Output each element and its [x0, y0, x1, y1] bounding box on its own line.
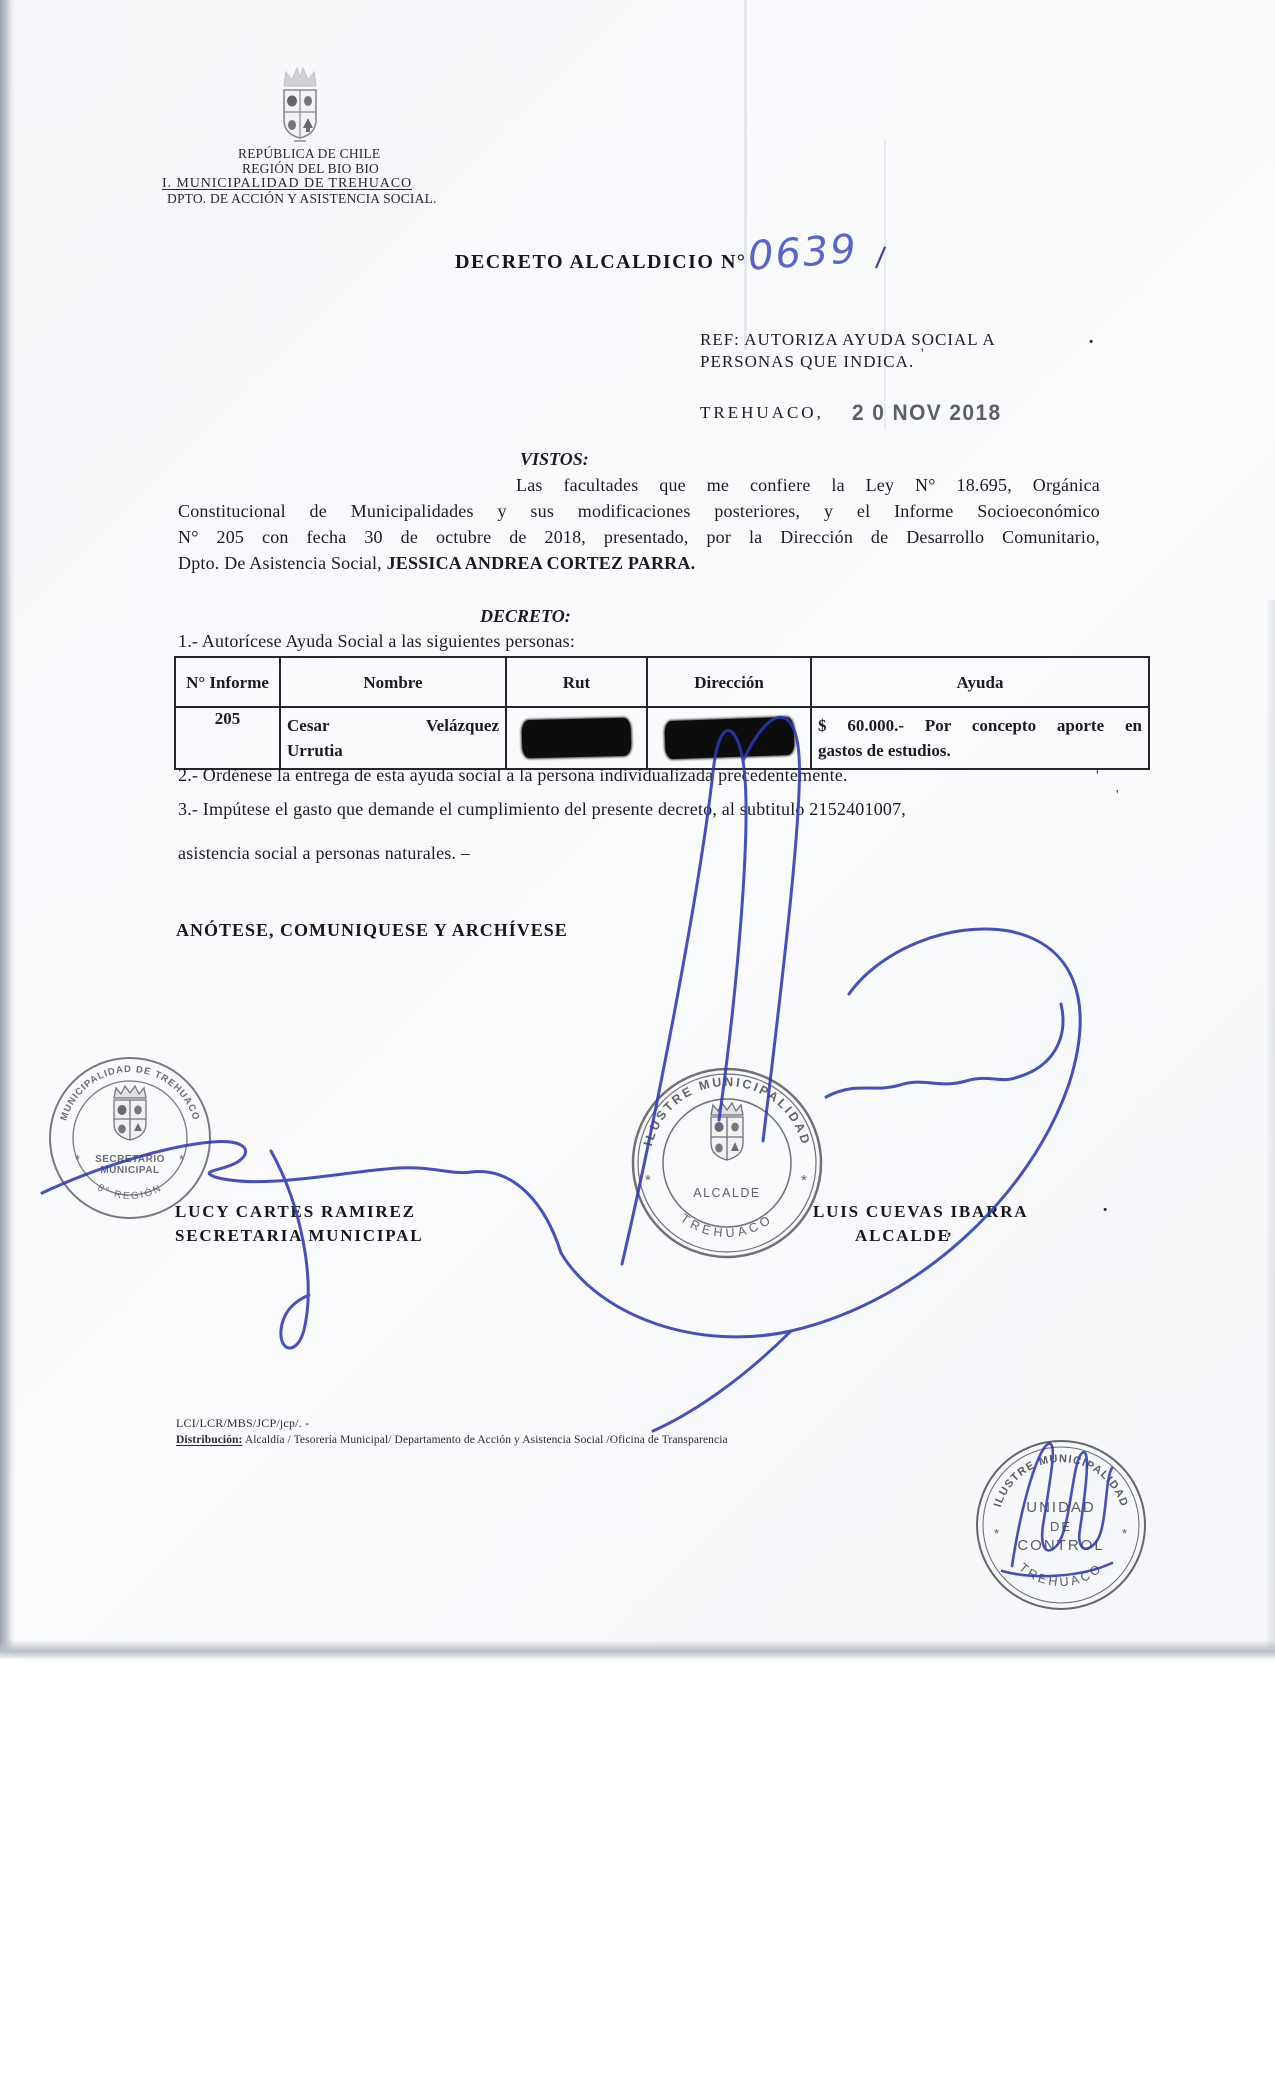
distribution-label: Distribución:	[176, 1434, 242, 1446]
secretary-municipal-stamp: MUNICIPALIDAD DE TREHUACO 8° REGIÓN SECR…	[42, 1050, 218, 1226]
scanned-decree-page: REPÚBLICA DE CHILE REGIÓN DEL BIO BIO I.…	[0, 0, 1275, 2100]
distribution-text: Alcaldía / Tesorería Municipal/ Departam…	[242, 1434, 727, 1446]
pen-mark-ref: '	[921, 346, 924, 363]
cell-ayuda: $ 60.000.- Por concepto aporte en gastos…	[811, 707, 1149, 769]
control-stamp-line-1: UNIDAD	[1026, 1499, 1096, 1516]
svg-text:TREHUACO: TREHUACO	[1016, 1560, 1105, 1589]
paper-bottom-edge-shadow	[0, 1640, 1275, 1660]
decreto-item-3-line-2: asistencia social a personas naturales. …	[178, 843, 470, 864]
pen-mark-item3: '	[1116, 788, 1119, 804]
col-ayuda: Ayuda	[811, 657, 1149, 707]
paper-right-edge-shadow	[1265, 600, 1275, 1648]
ref-line-1: REF: AUTORIZA AYUDA SOCIAL A	[700, 330, 996, 350]
ayuda-line-2: gastos de estudios.	[818, 738, 1142, 763]
comma-mark-alcalde: ,	[947, 1220, 951, 1240]
mayor-stamp-shield	[711, 1103, 743, 1160]
cell-informe: 205	[175, 707, 280, 769]
mayor-stamp-star-left: *	[645, 1172, 651, 1189]
control-stamp-star-right: *	[1122, 1526, 1127, 1541]
mayor-name: LUIS CUEVAS IBARRA	[813, 1202, 1028, 1222]
decreto-item-2: 2.- Ordénese la entrega de esta ayuda so…	[178, 765, 848, 786]
cell-nombre: Cesar Velázquez Urrutia	[280, 707, 506, 769]
cell-direccion	[647, 707, 811, 769]
control-stamp-arc-bottom: TREHUACO	[1016, 1560, 1105, 1589]
date-received-stamp: 2 0 NOV 2018	[852, 400, 1002, 426]
vistos-line-3: N° 205 con fecha 30 de octubre de 2018, …	[178, 527, 1100, 548]
letterhead-department: DPTO. DE ACCIÓN Y ASISTENCIA SOCIAL.	[167, 191, 437, 207]
secretary-stamp-shield	[114, 1086, 146, 1140]
decreto-item-3-line-1: 3.- Impútese el gasto que demande el cum…	[178, 799, 906, 820]
nombre-line-2: Urrutia	[287, 738, 499, 763]
decree-title: DECRETO ALCALDICIO N°	[455, 251, 746, 274]
aid-table: N° Informe Nombre Rut Dirección Ayuda 20…	[174, 656, 1150, 770]
mayor-stamp-office: ALCALDE	[693, 1186, 760, 1200]
secretary-stamp-title-1: SECRETARIO	[95, 1154, 165, 1165]
nombre-line-1: Cesar Velázquez	[287, 713, 499, 738]
vistos-heading: VISTOS:	[520, 449, 589, 470]
pen-mark-item2: '	[1096, 768, 1099, 785]
svg-text:8° REGIÓN: 8° REGIÓN	[95, 1182, 164, 1202]
place-line: TREHUACO,	[700, 403, 824, 423]
footer-initials: LCI/LCR/MBS/JCP/jcp/. -	[176, 1416, 309, 1431]
aid-table-row: 205 Cesar Velázquez Urrutia $ 60.000.- P…	[175, 707, 1149, 769]
mayor-stamp: ILUSTRE MUNICIPALIDAD TREHUACO ALCALDE *…	[627, 1063, 827, 1263]
control-stamp-star-left: *	[994, 1526, 999, 1541]
secretary-stamp-title-2: MUNICIPAL	[100, 1165, 159, 1176]
dot-mark-alcalde: ·	[1102, 1200, 1108, 1222]
coat-of-arms-emblem	[272, 64, 328, 144]
secretary-stamp-arc-bottom: 8° REGIÓN	[95, 1182, 164, 1202]
vistos-line-2: Constitucional de Municipalidades y sus …	[178, 501, 1100, 522]
vistos-line-1: Las facultades que me confiere la Ley N°…	[178, 475, 1100, 496]
col-rut: Rut	[506, 657, 647, 707]
letterhead-region: REGIÓN DEL BIO BIO	[242, 161, 379, 177]
decreto-item-1: 1.- Autorícese Ayuda Social a las siguie…	[178, 631, 575, 652]
rut-redaction-box	[521, 718, 631, 759]
paper-sheet	[0, 0, 1275, 1648]
secretary-stamp-star-right: *	[179, 1152, 184, 1167]
direccion-redaction-box	[664, 717, 794, 759]
vistos-line-4-text: Dpto. De Asistencia Social,	[178, 553, 387, 573]
control-stamp-line-2: DE	[1050, 1519, 1072, 1534]
svg-text:TREHUACO: TREHUACO	[678, 1211, 776, 1240]
col-direccion: Dirección	[647, 657, 811, 707]
mayor-stamp-arc-bottom: TREHUACO	[678, 1211, 776, 1240]
letterhead-municipality: I. MUNICIPALIDAD DE TREHUACO	[162, 176, 412, 192]
secretary-stamp-star-left: *	[75, 1152, 80, 1167]
mayor-title: ALCALDE	[855, 1226, 951, 1246]
social-worker-name: JESSICA ANDREA CORTEZ PARRA.	[387, 553, 696, 573]
scan-streak-2	[884, 140, 886, 430]
col-informe: N° Informe	[175, 657, 280, 707]
dot-mark-ref: ·	[1088, 332, 1094, 354]
vistos-line-4: Dpto. De Asistencia Social, JESSICA ANDR…	[178, 553, 1100, 574]
decree-number-handwritten: 0639	[747, 226, 860, 280]
cell-rut	[506, 707, 647, 769]
letterhead-country: REPÚBLICA DE CHILE	[238, 146, 380, 162]
control-unit-stamp: ILUSTRE MUNICIPALIDAD TREHUACO UNIDAD DE…	[972, 1436, 1150, 1614]
control-stamp-line-3: CONTROL	[1017, 1537, 1104, 1554]
ayuda-line-1: $ 60.000.- Por concepto aporte en	[818, 713, 1142, 738]
aid-table-header-row: N° Informe Nombre Rut Dirección Ayuda	[175, 657, 1149, 707]
secretary-title: SECRETARIA MUNICIPAL	[175, 1226, 423, 1246]
ref-line-2: PERSONAS QUE INDICA.	[700, 352, 914, 372]
col-nombre: Nombre	[280, 657, 506, 707]
scan-streak	[744, 0, 747, 350]
closing-formula: ANÓTESE, COMUNIQUESE Y ARCHÍVESE	[176, 920, 568, 941]
mayor-stamp-star-right: *	[801, 1172, 807, 1189]
scanner-left-edge	[0, 0, 15, 1655]
decreto-heading: DECRETO:	[480, 606, 571, 627]
footer-distribution: Distribución: Alcaldía / Tesorería Munic…	[176, 1434, 728, 1446]
